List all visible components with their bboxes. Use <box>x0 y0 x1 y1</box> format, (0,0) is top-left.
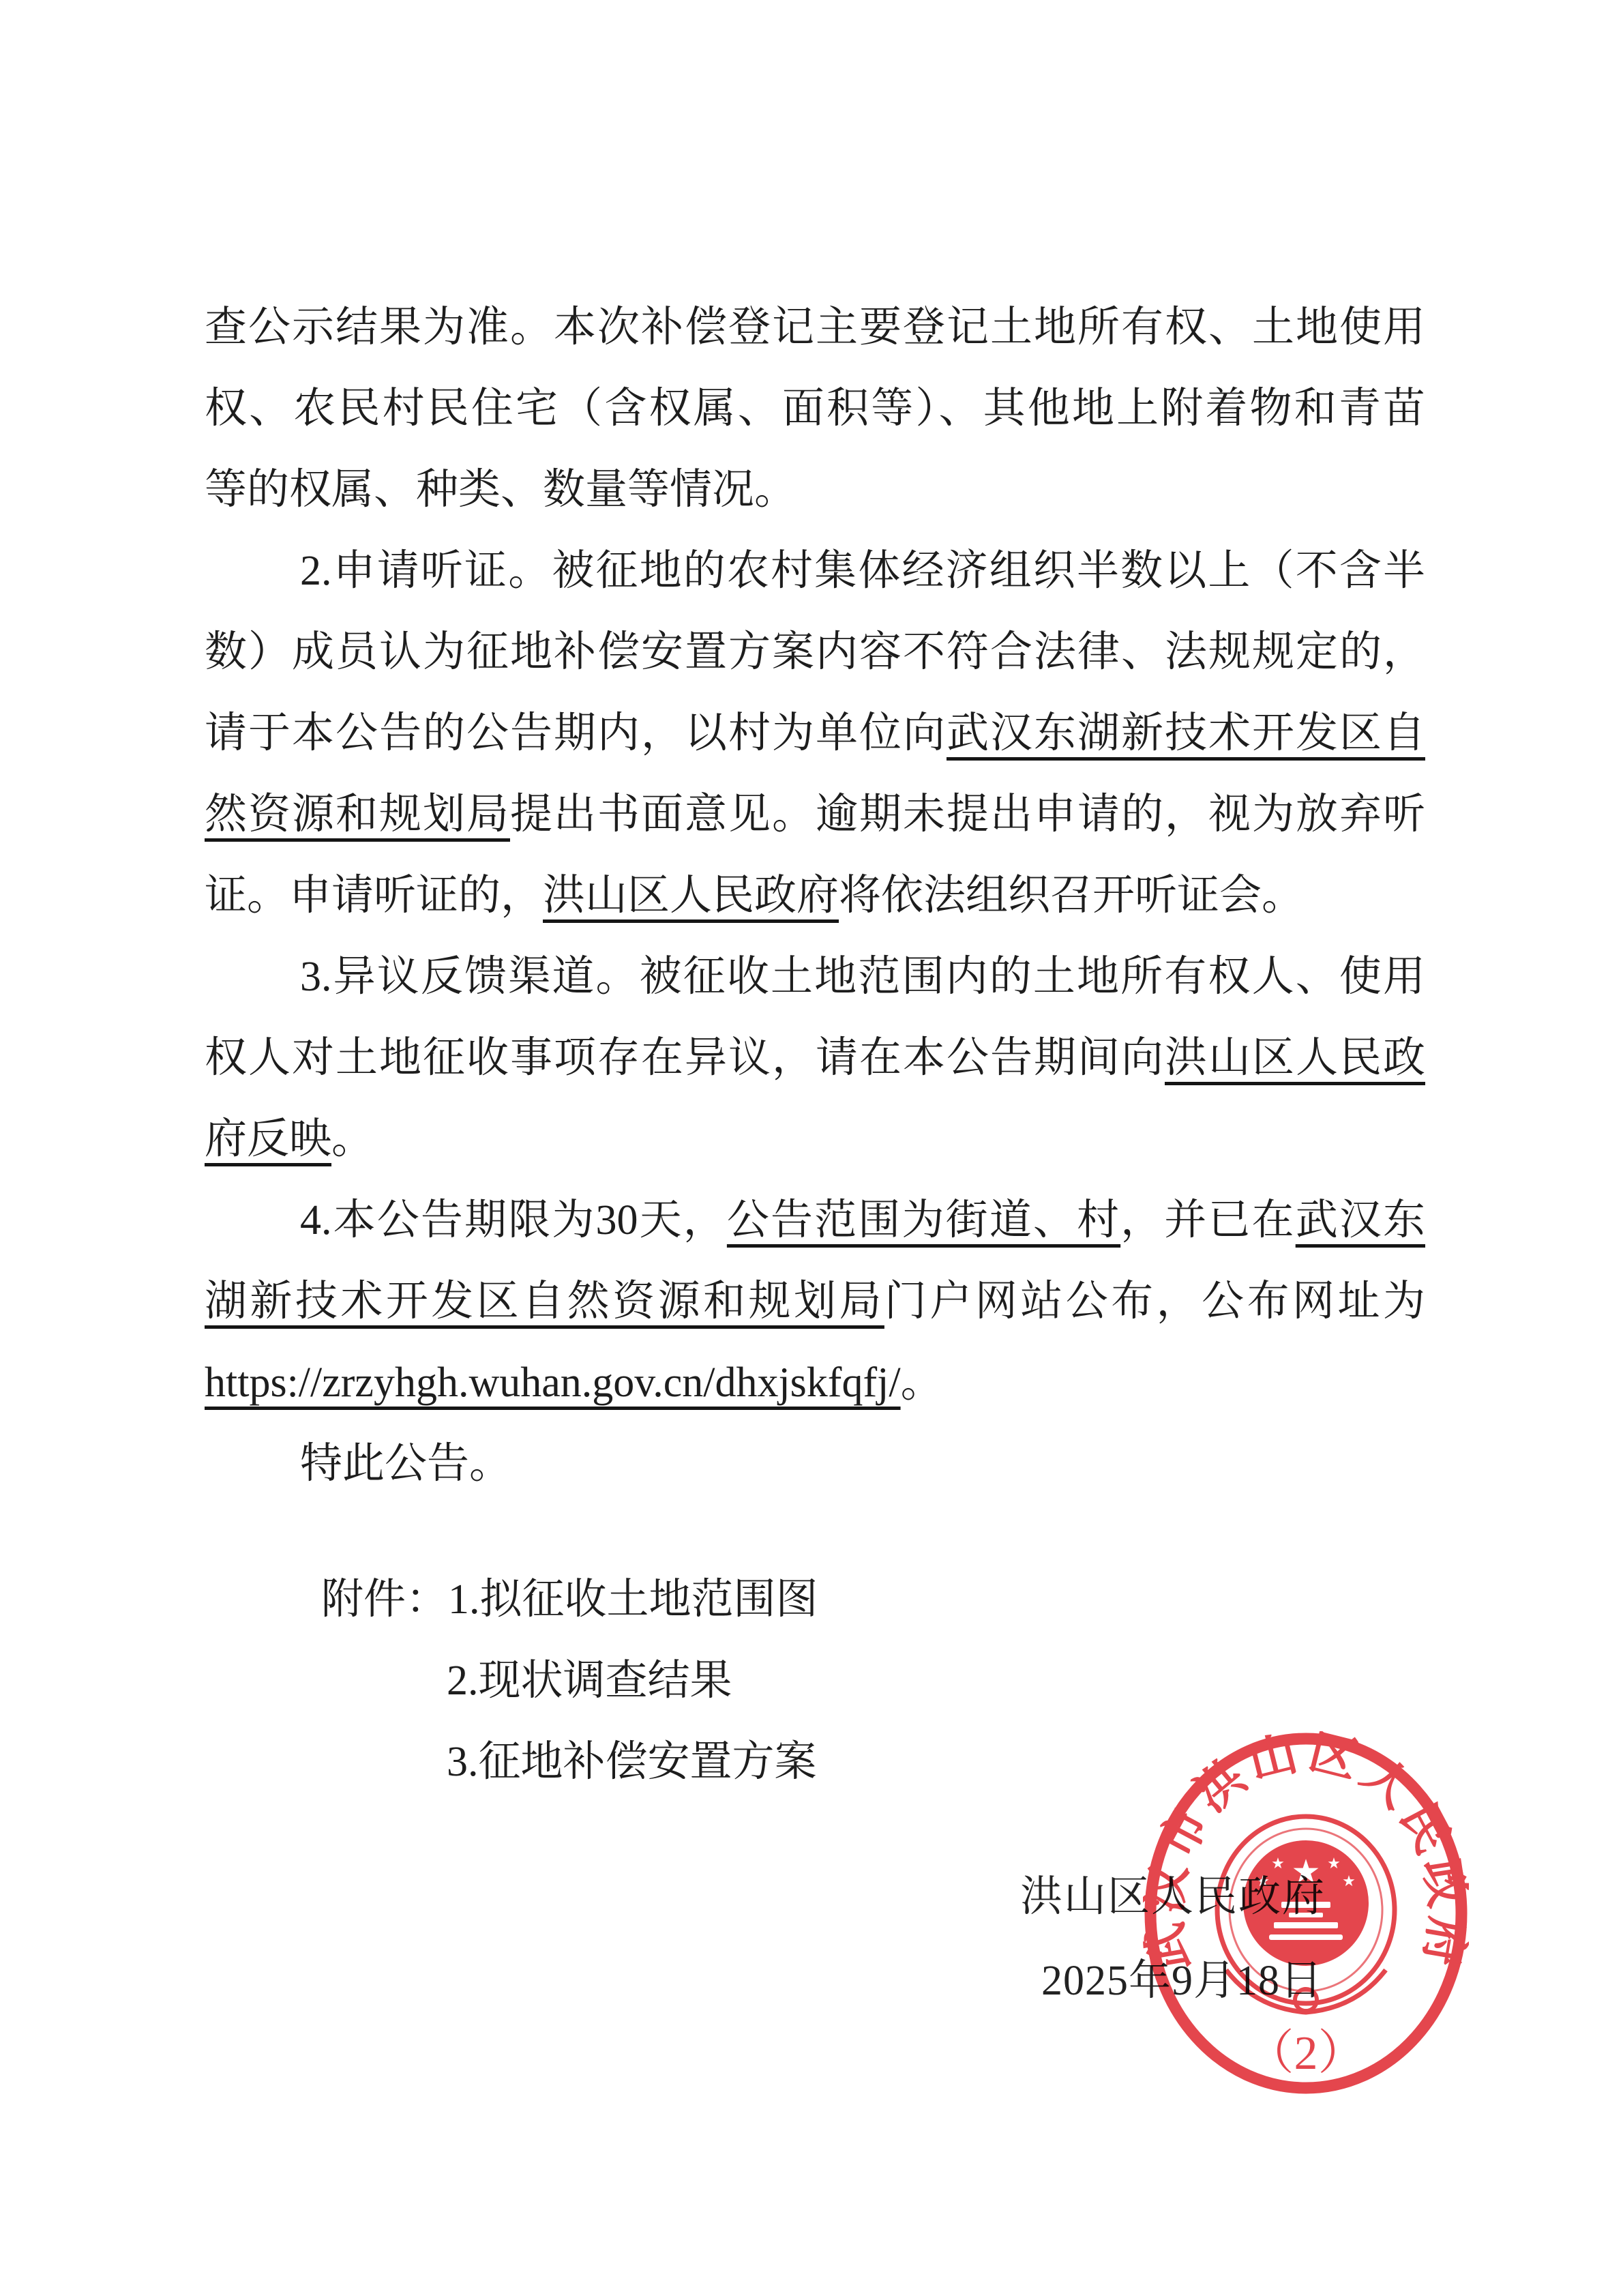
text-run: 证。申请听证的， <box>205 872 543 919</box>
document-page: 查公示结果为准。本次补偿登记主要登记土地所有权、土地使用权、农民村民住宅（含权属… <box>0 0 1623 2296</box>
underlined-text: 府反映 <box>205 1116 331 1162</box>
text-run: 权、农民村民住宅（含权属、面积等）、其他地上附着物和青苗 <box>205 385 1425 432</box>
text-run: 特此公告。 <box>300 1441 511 1487</box>
underlined-text: 然资源和规划局 <box>205 791 510 838</box>
text-run: 3.异议反馈渠道。被征收土地范围内的土地所有权人、使用 <box>300 954 1425 1000</box>
underlined-text: 洪山区人民政 <box>1165 1035 1425 1081</box>
text-run: 2.现状调查结果 <box>447 1658 732 1704</box>
underlined-text: 公告范围为街道、村 <box>727 1197 1120 1243</box>
underlined-text: 洪山区人民政府 <box>543 872 839 919</box>
text-run: 附件：1.拟征收土地范围图 <box>321 1576 818 1623</box>
text-run: 提出书面意见。逾期未提出申请的，视为放弃听 <box>510 791 1425 838</box>
national-emblem: ★ ★ ★ ★ ★ <box>1217 1816 1395 2012</box>
document-line: 2.现状调查结果 <box>205 1640 1425 1722</box>
document-line: 4.本公告期限为30天，公告范围为街道、村，并已在武汉东 <box>205 1180 1425 1261</box>
text-run: 等的权属、种类、数量等情况。 <box>205 467 796 513</box>
seal-number: （2） <box>1247 2027 1366 2080</box>
document-line: 等的权属、种类、数量等情况。 <box>205 450 1425 531</box>
underlined-text: 武汉东 <box>1296 1197 1425 1243</box>
document-line: https://zrzyhgh.wuhan.gov.cn/dhxjskfqfj/… <box>205 1342 1425 1424</box>
text-run: 数）成员认为征地补偿安置方案内容不符合法律、法规规定的， <box>205 629 1425 675</box>
small-star-icon: ★ <box>1256 1873 1270 1890</box>
document-line: 湖新技术开发区自然资源和规划局门户网站公布，公布网址为 <box>205 1261 1425 1342</box>
big-star-icon: ★ <box>1291 1853 1320 1891</box>
text-run: 将依法组织召开听证会。 <box>839 872 1304 919</box>
document-line: 权、农民村民住宅（含权属、面积等）、其他地上附着物和青苗 <box>205 368 1425 450</box>
underlined-text: 湖新技术开发区自然资源和规划局 <box>205 1278 884 1325</box>
document-line: 权人对土地征收事项存在异议，请在本公告期间向洪山区人民政 <box>205 1018 1425 1099</box>
text-run: 权人对土地征收事项存在异议，请在本公告期间向 <box>205 1035 1165 1081</box>
document-line: 3.异议反馈渠道。被征收土地范围内的土地所有权人、使用 <box>205 937 1425 1018</box>
small-star-icon: ★ <box>1327 1855 1341 1872</box>
small-star-icon: ★ <box>1342 1873 1356 1890</box>
document-line: 证。申请听证的，洪山区人民政府将依法组织召开听证会。 <box>205 855 1425 937</box>
seal-graphic: 武汉市洪山区人民政府 ★ ★ ★ ★ ★ <box>1143 1731 1469 2095</box>
document-line: 附件：1.拟征收土地范围图 <box>205 1559 1425 1640</box>
text-run: 查公示结果为准。本次补偿登记主要登记土地所有权、土地使用 <box>205 304 1425 351</box>
document-line: 特此公告。 <box>205 1424 1425 1505</box>
underlined-text: 武汉东湖新技术开发区自 <box>947 710 1425 756</box>
text-run: 4.本公告期限为30天， <box>300 1197 727 1243</box>
text-run: 请于本公告的公告期内，以村为单位向 <box>205 710 947 756</box>
text-run: 3.征地补偿安置方案 <box>447 1739 817 1785</box>
document-line: 查公示结果为准。本次补偿登记主要登记土地所有权、土地使用 <box>205 287 1425 368</box>
announcement-url: https://zrzyhgh.wuhan.gov.cn/dhxjskfqfj/ <box>205 1359 901 1406</box>
text-run: 。 <box>901 1359 943 1406</box>
text-run: 。 <box>331 1116 374 1162</box>
announcement-body: 查公示结果为准。本次补偿登记主要登记土地所有权、土地使用权、农民村民住宅（含权属… <box>205 287 1425 1803</box>
official-seal: 武汉市洪山区人民政府 ★ ★ ★ ★ ★ <box>1143 1731 1469 2095</box>
document-line: 数）成员认为征地补偿安置方案内容不符合法律、法规规定的， <box>205 612 1425 693</box>
small-star-icon: ★ <box>1271 1855 1285 1872</box>
document-line: 请于本公告的公告期内，以村为单位向武汉东湖新技术开发区自 <box>205 693 1425 774</box>
document-line: 2.申请听证。被征地的农村集体经济组织半数以上（不含半 <box>205 531 1425 612</box>
document-line: 然资源和规划局提出书面意见。逾期未提出申请的，视为放弃听 <box>205 774 1425 855</box>
text-run: 门户网站公布，公布网址为 <box>884 1278 1425 1325</box>
document-line: 府反映。 <box>205 1099 1425 1180</box>
text-run: ，并已在 <box>1120 1197 1296 1243</box>
text-run: 2.申请听证。被征地的农村集体经济组织半数以上（不含半 <box>300 548 1425 594</box>
